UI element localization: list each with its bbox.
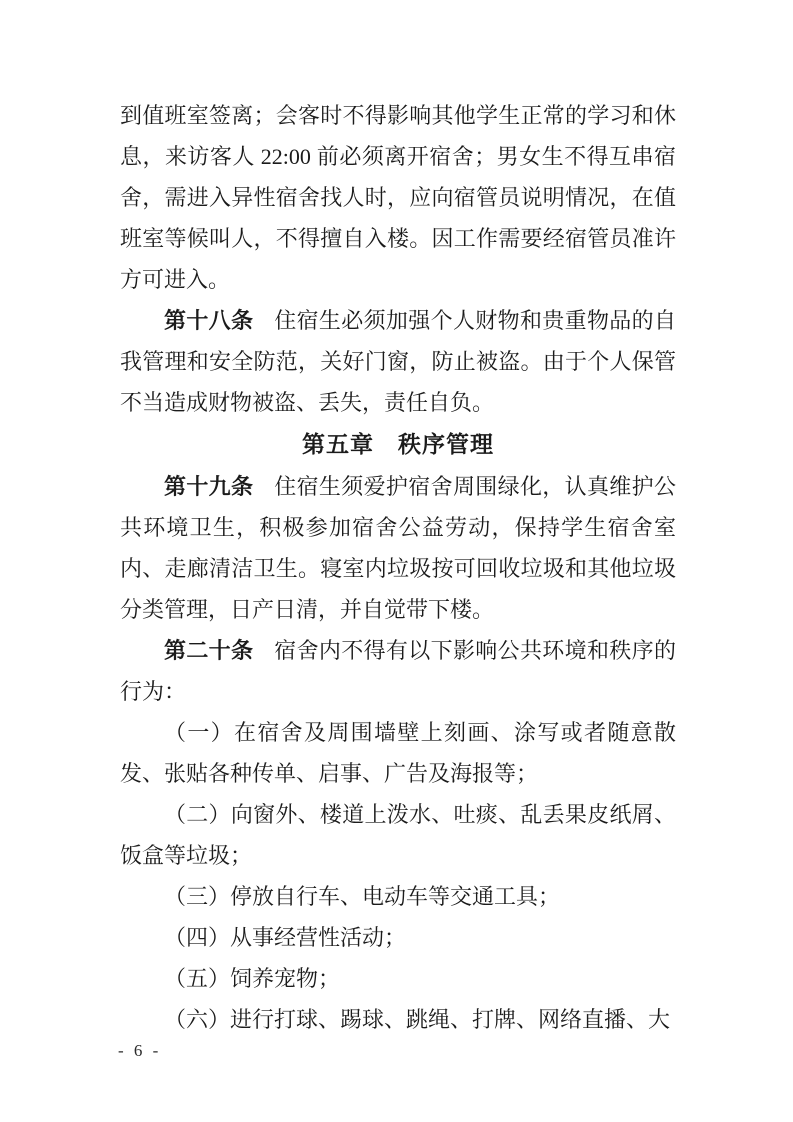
list-item-1: （一）在宿舍及周围墙壁上刻画、涂写或者随意散发、张贴各种传单、启事、广告及海报等…	[120, 712, 676, 794]
document-page: 到值班室签离；会客时不得影响其他学生正常的学习和休息，来访客人 22:00 前必…	[0, 0, 793, 1122]
document-body: 到值班室签离；会客时不得影响其他学生正常的学习和休息，来访客人 22:00 前必…	[120, 95, 676, 1040]
paragraph-article-18: 第十八条住宿生必须加强个人财物和贵重物品的自我管理和安全防范，关好门窗，防止被盗…	[120, 300, 676, 423]
page-number: - 6 -	[118, 1041, 161, 1061]
paragraph-article-20: 第二十条宿舍内不得有以下影响公共环境和秩序的行为：	[120, 630, 676, 712]
article-19-label: 第十九条	[164, 474, 253, 499]
article-20-label: 第二十条	[164, 638, 253, 663]
list-item-6: （六）进行打球、踢球、跳绳、打牌、网络直播、大	[120, 999, 676, 1040]
list-item-3: （三）停放自行车、电动车等交通工具；	[120, 876, 676, 917]
paragraph-article-19: 第十九条住宿生须爱护宿舍周围绿化，认真维护公共环境卫生，积极参加宿舍公益劳动，保…	[120, 466, 676, 630]
chapter-5-heading: 第五章 秩序管理	[120, 424, 676, 465]
list-item-2: （二）向窗外、楼道上泼水、吐痰、乱丢果皮纸屑、饭盒等垃圾；	[120, 794, 676, 876]
paragraph-visitor-rules-continued: 到值班室签离；会客时不得影响其他学生正常的学习和休息，来访客人 22:00 前必…	[120, 95, 676, 300]
article-18-label: 第十八条	[164, 308, 253, 333]
list-item-4: （四）从事经营性活动；	[120, 917, 676, 958]
list-item-5: （五）饲养宠物；	[120, 958, 676, 999]
